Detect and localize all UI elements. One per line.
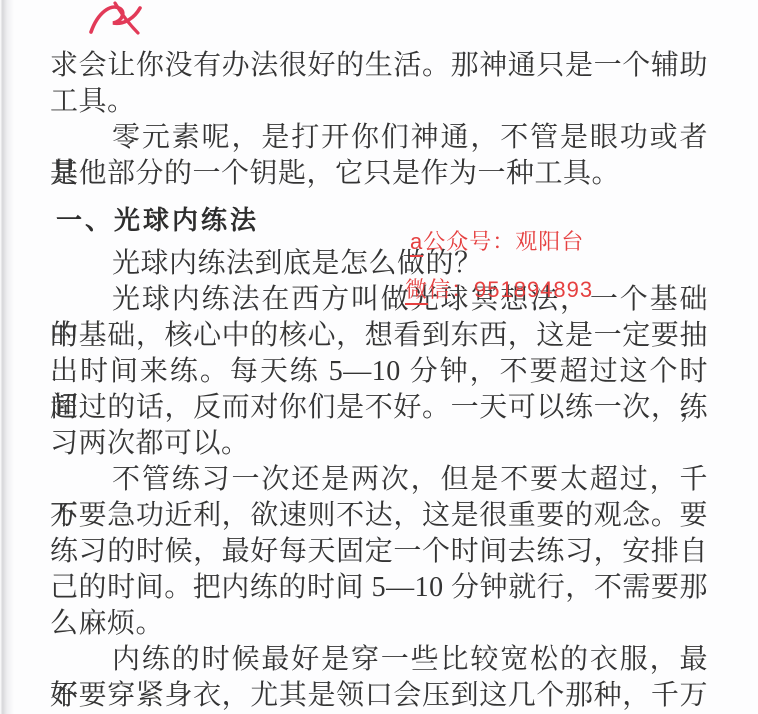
wechat-id-watermark: 微信：951894893 xyxy=(405,277,593,302)
text-line: 不要急功近利，欲速则不达，这是很重要的观念。要 xyxy=(50,498,708,534)
text-line: 工具。 xyxy=(50,84,708,120)
official-account-watermark: a公众号：观阳台 xyxy=(410,229,584,254)
text-line: 的基础，核心中的核心，想看到东西，这是一定要抽 xyxy=(50,318,708,354)
text-line: 光球内练法在西方叫做光球冥想法，一个基础中 xyxy=(50,282,708,318)
watermark-underlined-char: a xyxy=(410,229,423,257)
watermark-text: 信：951894893 xyxy=(428,277,593,302)
text-line: 内练的时候最好是穿一些比较宽松的衣服，最好 xyxy=(50,642,708,678)
watermark-text: 公众号：观阳台 xyxy=(423,229,584,254)
text-line: 光球内练法到底是怎么做的？ xyxy=(50,246,708,282)
text-line: 么麻烦。 xyxy=(50,606,708,642)
red-scribble-icon xyxy=(84,0,146,42)
document-text-column: 求会让你没有办法很好的生活。那神通只是一个辅助 工具。 零元素呢，是打开你们神通… xyxy=(50,48,708,714)
text-line: 求会让你没有办法很好的生活。那神通只是一个辅助 xyxy=(50,48,708,84)
text-line: 其他部分的一个钥匙，它只是作为一种工具。 xyxy=(50,156,708,192)
text-line: 练习的时候，最好每天固定一个时间去练习，安排自 xyxy=(50,534,708,570)
page-edge-shadow xyxy=(0,0,14,714)
text-line: 超过的话，反而对你们是不好。一天可以练一次，练 xyxy=(50,390,708,426)
section-heading: 一、光球内练法 xyxy=(50,202,708,238)
text-line: 零元素呢，是打开你们神通，不管是眼功或者是 xyxy=(50,120,708,156)
text-line: 己的时间。把内练的时间 5—10 分钟就行，不需要那 xyxy=(50,570,708,606)
text-line: 习两次都可以。 xyxy=(50,426,708,462)
text-line: 不要穿紧身衣，尤其是领口会压到这几个那种，千万 xyxy=(50,678,708,714)
watermark-underlined-char: 微 xyxy=(405,277,428,305)
text-line: 出时间来练。每天练 5—10 分钟，不要超过这个时间， xyxy=(50,354,708,390)
text-line: 不管练习一次还是两次，但是不要太超过，千万 xyxy=(50,462,708,498)
document-page: 求会让你没有办法很好的生活。那神通只是一个辅助 工具。 零元素呢，是打开你们神通… xyxy=(0,0,758,714)
